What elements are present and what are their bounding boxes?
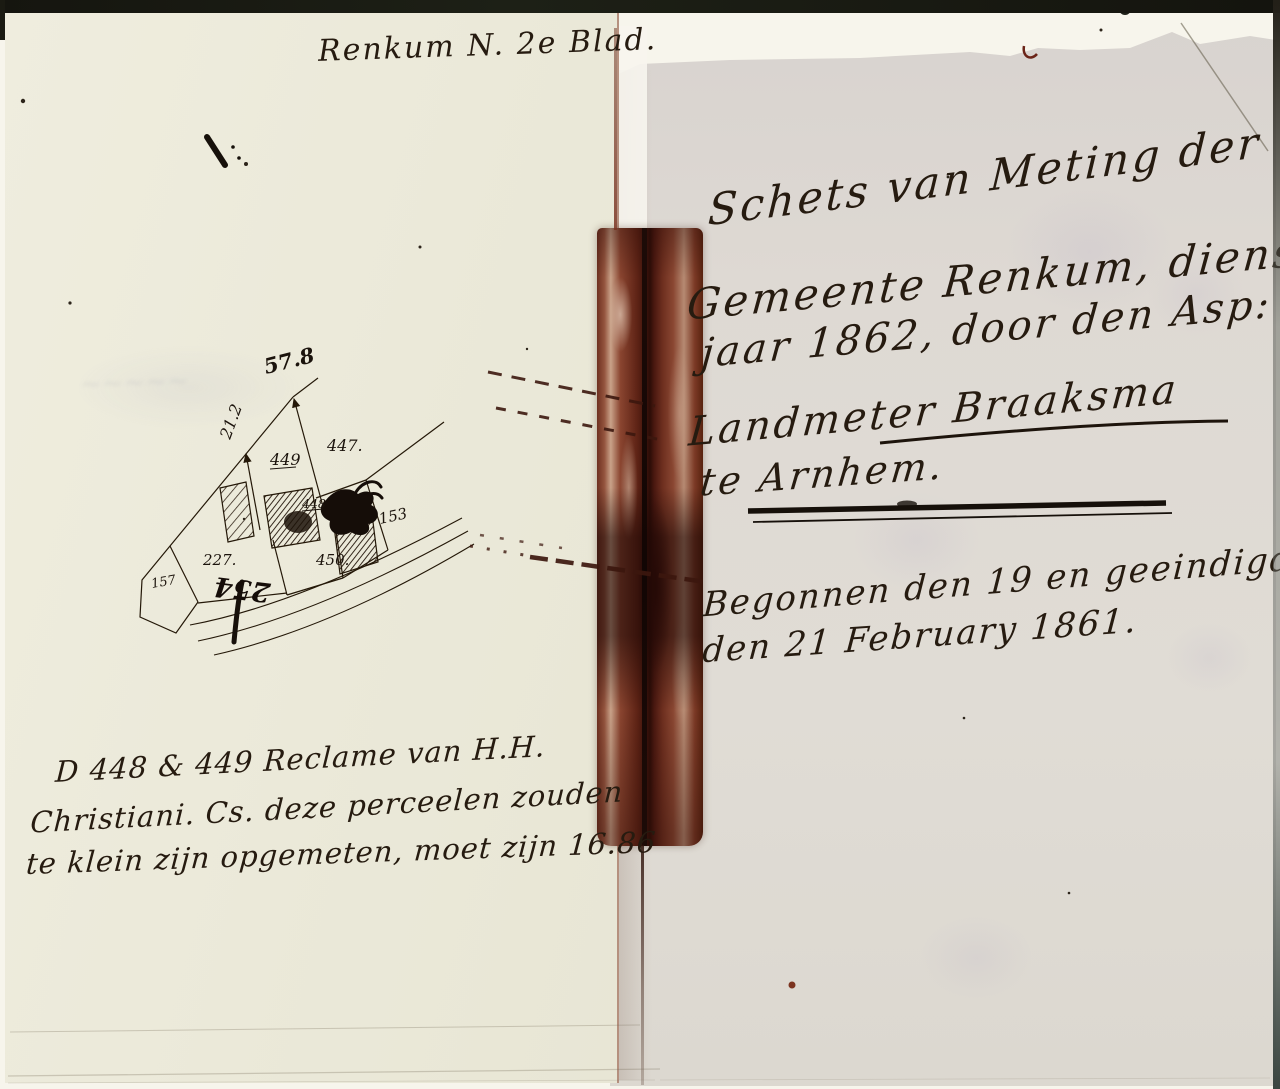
dashed-survey-line-upper-1 [488,372,655,406]
dashed-survey-line-upper-2 [496,408,662,440]
red-ink-hook [1024,46,1037,57]
scanner-right-border [1273,0,1280,1089]
stray-ink-dot-2 [237,156,241,160]
dashed-survey-line-lower-1 [480,535,562,548]
stray-ink-dot-1 [231,145,235,149]
scanned-document-spread: ∼∼∼∼∼ [0,0,1280,1089]
section-rule-thick [748,503,1166,511]
rule-ink-blob [897,501,917,508]
section-rule-thin [753,513,1172,522]
scanner-top-border [0,0,1280,13]
dashed-survey-line-lower-2 [470,546,530,556]
bottom-crease-lines [8,1025,1270,1083]
dashed-survey-line-lower-3 [530,557,706,582]
scanner-left-border [0,0,5,40]
stray-ink-slash [207,137,225,165]
rust-spot [789,982,796,989]
